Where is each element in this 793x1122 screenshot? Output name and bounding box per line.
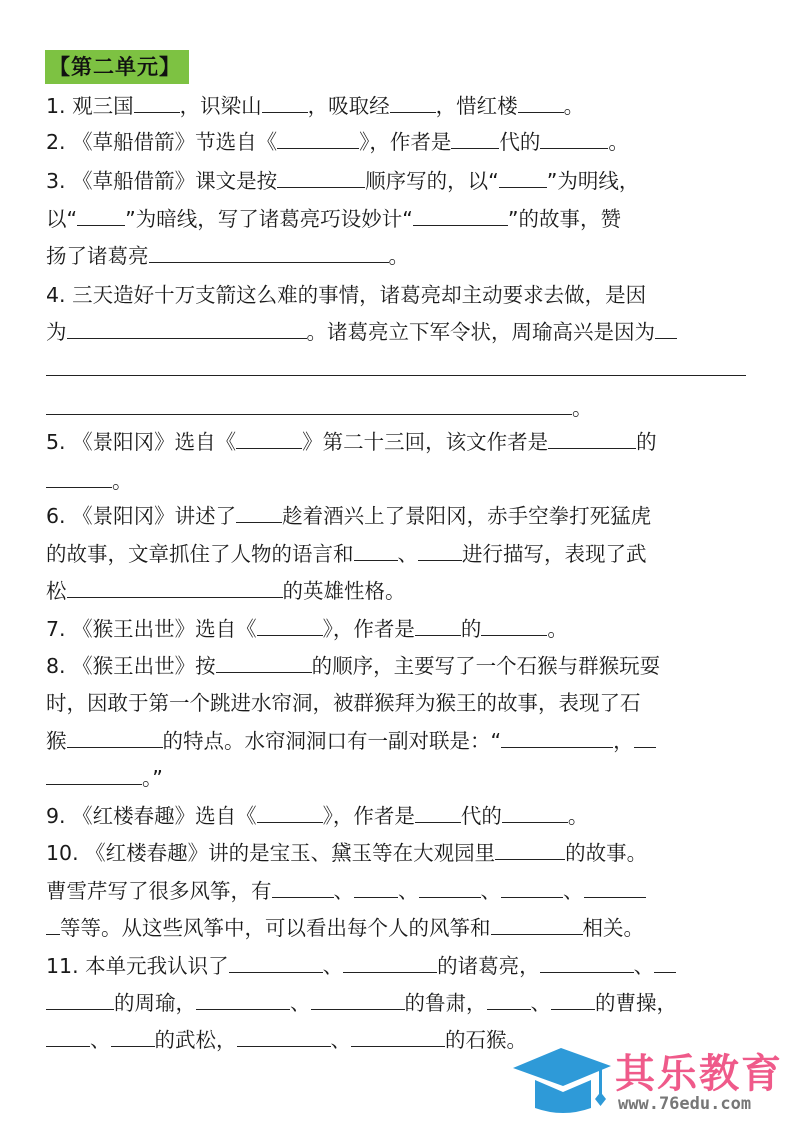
brand-url: www.76edu.com — [618, 1094, 751, 1114]
answer-blank[interactable] — [415, 800, 461, 823]
text: 。 — [608, 130, 629, 154]
text: 、 — [290, 991, 311, 1015]
question-5-line-2: 。 — [46, 465, 133, 496]
text: 。 — [564, 94, 585, 118]
question-7: 7. 《猴王出世》选自《》，作者是的。 — [46, 613, 568, 644]
answer-blank[interactable] — [134, 90, 180, 113]
answer-blank[interactable] — [262, 90, 308, 113]
text: 的顺序，主要写了一个石猴与群猴玩耍 — [312, 654, 661, 678]
graduation-cap-icon — [513, 1046, 613, 1116]
answer-blank[interactable] — [501, 875, 563, 898]
question-6-line-2: 的故事，文章抓住了人物的语言和、进行描写，表现了武 — [46, 538, 647, 569]
brand-name: 其乐教育 — [615, 1042, 783, 1099]
answer-blank[interactable] — [149, 240, 389, 263]
text: 6. 《景阳冈》讲述了 — [46, 504, 236, 528]
text: 、 — [563, 879, 584, 903]
text: 、 — [90, 1028, 111, 1052]
text: 、 — [531, 991, 552, 1015]
answer-blank[interactable] — [501, 725, 613, 748]
answer-blank[interactable] — [499, 165, 547, 188]
answer-blank[interactable] — [415, 613, 461, 636]
text: 时，因敢于第一个跳进水帘洞，被群猴拜为猴王的故事，表现了石 — [46, 691, 641, 715]
text: 9. 《红楼春趣》选自《 — [46, 804, 257, 828]
answer-blank[interactable] — [491, 912, 583, 935]
text: 》，作者是 — [323, 804, 415, 828]
text: 的故事。 — [565, 841, 647, 865]
question-2: 2. 《草船借箭》节选自《》，作者是代的。 — [46, 126, 629, 157]
question-8-line-1: 8. 《猴王出世》按的顺序，主要写了一个石猴与群猴玩耍 — [46, 650, 660, 681]
text: ”为暗线，写了诸葛亮巧设妙计“ — [125, 207, 413, 231]
question-4-line-4: 。 — [46, 392, 593, 423]
text: 、 — [331, 1028, 352, 1052]
text: 7. 《猴王出世》选自《 — [46, 617, 257, 641]
text: 代的 — [461, 804, 502, 828]
text: ”为明线， — [547, 169, 640, 193]
text: 的周瑜， — [114, 991, 196, 1015]
answer-blank[interactable] — [634, 725, 656, 748]
text: 5. 《景阳冈》选自《 — [46, 430, 236, 454]
text: 、 — [398, 542, 419, 566]
text: 。 — [547, 617, 568, 641]
text: 的诸葛亮， — [437, 954, 540, 978]
answer-blank[interactable] — [311, 987, 405, 1010]
answer-blank[interactable] — [236, 426, 302, 449]
answer-blank[interactable] — [551, 987, 595, 1010]
question-10-line-3: 等等。从这些风筝中，可以看出每个人的风筝和相关。 — [46, 912, 644, 943]
answer-blank[interactable] — [655, 316, 677, 339]
text: 猴 — [46, 729, 67, 753]
watermark-logo: 其乐教育 www.76edu.com — [505, 1040, 790, 1120]
answer-blank[interactable] — [540, 126, 608, 149]
text: 顺序写的，以“ — [365, 169, 499, 193]
answer-blank[interactable] — [343, 950, 437, 973]
text: 1. 观三国 — [46, 94, 134, 118]
answer-blank[interactable] — [451, 126, 499, 149]
text: 、 — [481, 879, 502, 903]
text: 11. 本单元我认识了 — [46, 954, 229, 978]
text: 10. 《红楼春趣》讲的是宝玉、黛玉等在大观园里 — [46, 841, 495, 865]
text: 8. 《猴王出世》按 — [46, 654, 216, 678]
text: 曹雪芹写了很多风筝，有 — [46, 879, 272, 903]
question-10-line-1: 10. 《红楼春趣》讲的是宝玉、黛玉等在大观园里的故事。 — [46, 837, 647, 868]
text: 》，作者是 — [323, 617, 415, 641]
text: 的武松， — [155, 1028, 237, 1052]
text: 2. 《草船借箭》节选自《 — [46, 130, 277, 154]
text: 、 — [334, 879, 355, 903]
text: 代的 — [499, 130, 540, 154]
question-8-line-4: 。” — [46, 762, 163, 793]
text: 。 — [389, 244, 410, 268]
answer-blank[interactable] — [257, 613, 323, 636]
text: 的故事，文章抓住了人物的语言和 — [46, 542, 354, 566]
text: ”的故事，赞 — [508, 207, 621, 231]
answer-blank[interactable] — [354, 538, 398, 561]
answer-blank[interactable] — [46, 392, 572, 415]
question-8-line-2: 时，因敢于第一个跳进水帘洞，被群猴拜为猴王的故事，表现了石 — [46, 688, 641, 718]
answer-blank[interactable] — [46, 762, 142, 785]
text: 的 — [461, 617, 482, 641]
text: 扬了诸葛亮 — [46, 244, 149, 268]
text: 。 — [572, 396, 593, 420]
text: ， — [613, 729, 634, 753]
answer-blank[interactable] — [67, 725, 163, 748]
text: ，吸取经 — [308, 94, 390, 118]
question-3-line-2: 以“”为暗线，写了诸葛亮巧设妙计“”的故事，赞 — [46, 203, 621, 234]
text: 。诸葛亮立下军令状，周瑜高兴是因为 — [307, 320, 656, 344]
text: 、 — [323, 954, 344, 978]
text: 。” — [142, 766, 163, 790]
question-11-line-3: 、的武松，、的石猴。 — [46, 1024, 527, 1055]
answer-blank[interactable] — [354, 875, 398, 898]
text: 为 — [46, 320, 67, 344]
answer-blank[interactable] — [654, 950, 676, 973]
answer-blank[interactable] — [419, 875, 481, 898]
worksheet-page: 【第二单元】 1. 观三国，识梁山，吸取经，惜红楼。 2. 《草船借箭》节选自《… — [0, 0, 793, 1122]
answer-blank[interactable] — [502, 800, 568, 823]
text: 进行描写，表现了武 — [462, 542, 647, 566]
text: 》，作者是 — [359, 130, 451, 154]
answer-blank[interactable] — [67, 575, 283, 598]
text: 、 — [398, 879, 419, 903]
question-9: 9. 《红楼春趣》选自《》，作者是代的。 — [46, 800, 588, 831]
unit-title: 【第二单元】 — [45, 50, 189, 84]
question-5-line-1: 5. 《景阳冈》选自《》第二十三回，该文作者是的 — [46, 426, 657, 457]
text: 、 — [634, 954, 655, 978]
text: 的英雄性格。 — [283, 579, 406, 603]
answer-blank[interactable] — [487, 987, 531, 1010]
question-4-line-1: 4. 三天造好十万支箭这么难的事情，诸葛亮却主动要求去做，是因 — [46, 280, 646, 310]
answer-blank[interactable] — [548, 426, 636, 449]
answer-blank[interactable] — [584, 875, 646, 898]
answer-blank[interactable] — [229, 950, 323, 973]
answer-blank[interactable] — [46, 465, 112, 488]
answer-blank[interactable] — [236, 500, 282, 523]
text: 等等。从这些风筝中，可以看出每个人的风筝和 — [60, 916, 491, 940]
answer-blank[interactable] — [518, 90, 564, 113]
text: 相关。 — [583, 916, 645, 940]
answer-blank[interactable] — [46, 912, 60, 935]
question-11-line-1: 11. 本单元我认识了、的诸葛亮，、 — [46, 950, 676, 981]
answer-blank[interactable] — [237, 1024, 331, 1047]
text: 松 — [46, 579, 67, 603]
answer-blank[interactable] — [495, 837, 565, 860]
question-4-line-2: 为。诸葛亮立下军令状，周瑜高兴是因为 — [46, 316, 677, 347]
answer-blank[interactable] — [257, 800, 323, 823]
question-1: 1. 观三国，识梁山，吸取经，惜红楼。 — [46, 90, 584, 121]
text: 以“ — [46, 207, 77, 231]
text: ，惜红楼 — [436, 94, 518, 118]
text: 的鲁肃， — [405, 991, 487, 1015]
answer-blank[interactable] — [351, 1024, 445, 1047]
question-8-line-3: 猴的特点。水帘洞洞口有一副对联是：“， — [46, 725, 656, 756]
question-11-line-2: 的周瑜，、的鲁肃，、的曹操， — [46, 987, 677, 1018]
text: 》第二十三回，该文作者是 — [302, 430, 548, 454]
answer-blank[interactable] — [67, 316, 307, 339]
question-10-line-2: 曹雪芹写了很多风筝，有、、、、 — [46, 875, 646, 906]
answer-blank[interactable] — [196, 987, 290, 1010]
answer-blank[interactable] — [540, 950, 634, 973]
question-6-line-3: 松的英雄性格。 — [46, 575, 406, 606]
text: 3. 《草船借箭》课文是按 — [46, 169, 277, 193]
answer-blank[interactable] — [481, 613, 547, 636]
answer-rule[interactable] — [46, 375, 746, 376]
answer-blank[interactable] — [390, 90, 436, 113]
text: 。 — [112, 469, 133, 493]
question-6-line-1: 6. 《景阳冈》讲述了趁着酒兴上了景阳冈，赤手空拳打死猛虎 — [46, 500, 651, 531]
answer-blank[interactable] — [77, 203, 125, 226]
answer-blank[interactable] — [111, 1024, 155, 1047]
text: 的 — [636, 430, 657, 454]
answer-blank[interactable] — [46, 1024, 90, 1047]
answer-blank[interactable] — [277, 126, 359, 149]
answer-blank[interactable] — [413, 203, 508, 226]
answer-blank[interactable] — [418, 538, 462, 561]
answer-blank[interactable] — [216, 650, 312, 673]
answer-blank[interactable] — [277, 165, 365, 188]
text: 。 — [568, 804, 589, 828]
answer-blank[interactable] — [272, 875, 334, 898]
text: 的特点。水帘洞洞口有一副对联是：“ — [163, 729, 502, 753]
text: ，识梁山 — [180, 94, 262, 118]
text: 趁着酒兴上了景阳冈，赤手空拳打死猛虎 — [282, 504, 651, 528]
question-3-line-1: 3. 《草船借箭》课文是按顺序写的，以“”为明线， — [46, 165, 639, 196]
answer-blank[interactable] — [46, 987, 114, 1010]
text: 4. 三天造好十万支箭这么难的事情，诸葛亮却主动要求去做，是因 — [46, 283, 646, 307]
question-3-line-3: 扬了诸葛亮。 — [46, 240, 409, 271]
text: 的曹操， — [595, 991, 677, 1015]
